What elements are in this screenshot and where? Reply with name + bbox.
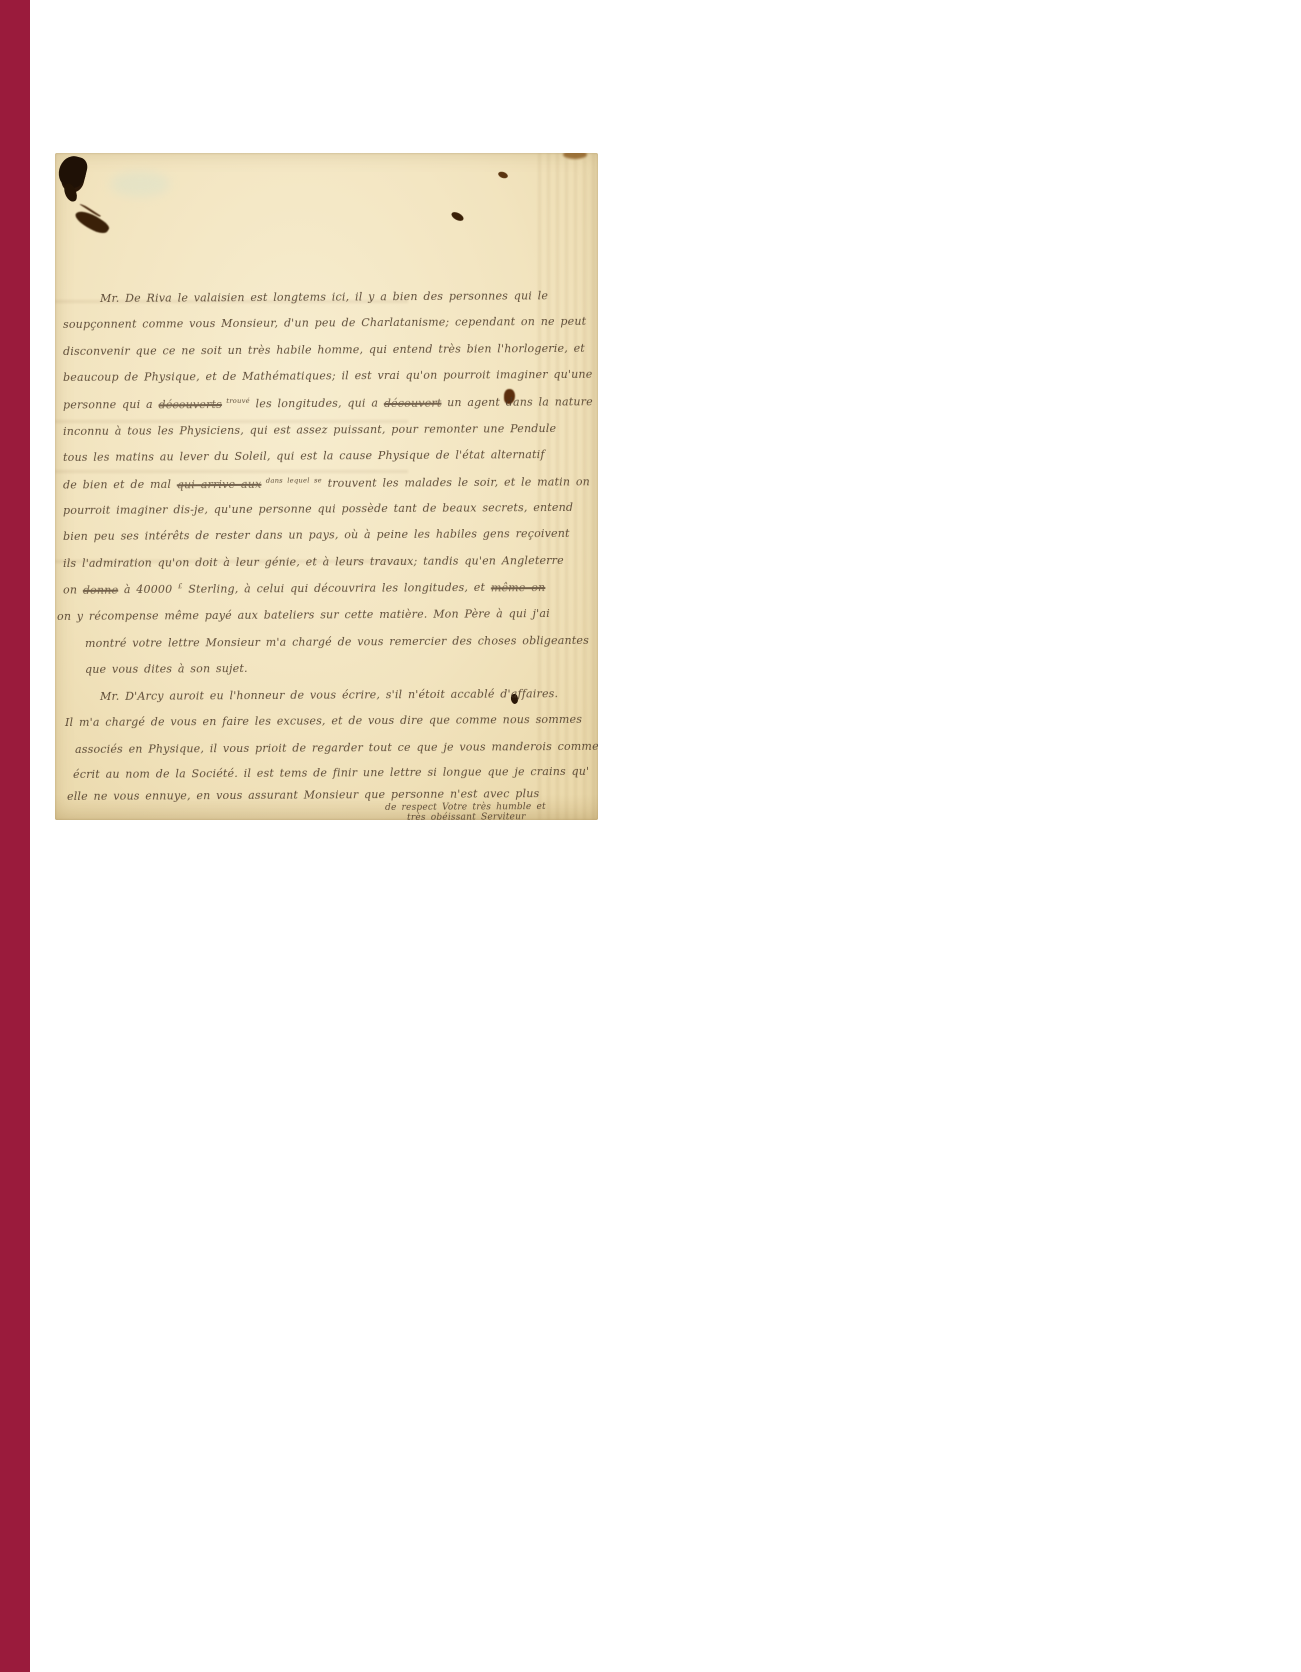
handwriting-segment: que vous dites à son sujet. [85, 662, 248, 676]
handwriting-line: disconvenir que ce ne soit un très habil… [63, 342, 585, 358]
handwriting-segment: écrit au nom de la Société. il est tems … [73, 765, 589, 781]
handwriting-segment: très obéissant Serviteur [407, 812, 526, 820]
handwriting-line: de bien et de mal qui arrive aux dans le… [63, 475, 590, 492]
handwriting-line: pourroit imaginer dis-je, qu'une personn… [63, 501, 573, 517]
page-background: Mr. De Riva le valaisien est longtems ic… [0, 0, 1301, 1672]
manuscript-scan: Mr. De Riva le valaisien est longtems ic… [55, 153, 598, 820]
handwriting-line: on y récompense même payé aux bateliers … [57, 607, 550, 623]
handwriting-line: personne qui a découverts trouvé les lon… [63, 395, 593, 412]
handwriting-line: montré votre lettre Monsieur m'a chargé … [85, 634, 589, 650]
left-accent-bar [0, 0, 30, 1672]
ink-blot-feather [73, 206, 111, 237]
handwriting-line: que vous dites à son sujet. [85, 662, 248, 676]
foxing-speck [497, 170, 508, 179]
handwriting-line: inconnu à tous les Physiciens, qui est a… [63, 422, 556, 438]
handwriting-line: Mr. D'Arcy auroit eu l'honneur de vous é… [100, 687, 558, 703]
handwriting-struck-segment: même on [491, 581, 546, 594]
handwriting-segment: Sterling, à celui qui découvrira les lon… [183, 581, 491, 596]
handwriting-sup-segment: trouvé [222, 397, 250, 405]
handwriting-segment: de bien et de mal [63, 478, 177, 492]
handwriting-segment: soupçonnent comme vous Monsieur, d'un pe… [63, 315, 586, 331]
handwriting-segment: personne qui a [63, 398, 159, 412]
handwriting-segment: trouvent les malades le soir, et le mati… [322, 475, 590, 490]
handwriting-segment: à 40000 [118, 583, 178, 596]
handwriting-segment: beaucoup de Physique, et de Mathématique… [63, 368, 593, 384]
handwriting-line: bien peu ses intérêts de rester dans un … [63, 527, 570, 543]
handwriting-line: Mr. De Riva le valaisien est longtems ic… [100, 289, 548, 305]
handwriting-line: soupçonnent comme vous Monsieur, d'un pe… [63, 315, 586, 331]
handwriting-sup-segment: dans lequel se [261, 476, 322, 484]
handwriting-segment: Il m'a chargé de vous en faire les excus… [65, 713, 582, 729]
paper-tint-stain [110, 171, 170, 197]
handwriting-segment: bien peu ses intérêts de rester dans un … [63, 527, 570, 543]
handwriting-segment: Mr. D'Arcy auroit eu l'honneur de vous é… [100, 687, 558, 703]
handwriting-segment: pourroit imaginer dis-je, qu'une personn… [63, 501, 573, 517]
handwriting-struck-segment: qui arrive aux [177, 477, 262, 491]
handwriting-line: associés en Physique, il vous prioit de … [75, 740, 598, 756]
handwriting-struck-segment: découverts [158, 398, 222, 411]
handwriting-line: on donne à 40000 £ Sterling, à celui qui… [63, 580, 545, 597]
handwriting-segment: tous les matins au lever du Soleil, qui … [63, 448, 545, 464]
handwriting-line: ils l'admiration qu'on doit à leur génie… [63, 554, 564, 570]
handwriting-segment: on y récompense même payé aux bateliers … [57, 607, 550, 623]
handwriting-segment: disconvenir que ce ne soit un très habil… [63, 342, 585, 358]
handwriting-segment: associés en Physique, il vous prioit de … [75, 740, 598, 756]
handwriting-segment: Mr. De Riva le valaisien est longtems ic… [100, 289, 548, 305]
handwriting-line: très obéissant Serviteur [407, 812, 526, 820]
handwriting-line: beaucoup de Physique, et de Mathématique… [63, 368, 593, 384]
handwriting-segment: les longitudes, qui a [250, 397, 384, 411]
handwriting-segment: ils l'admiration qu'on doit à leur génie… [63, 554, 564, 570]
foxing-speck [450, 210, 465, 222]
handwriting-segment: inconnu à tous les Physiciens, qui est a… [63, 422, 556, 438]
handwriting-line: tous les matins au lever du Soleil, qui … [63, 448, 545, 464]
handwriting-line: Il m'a chargé de vous en faire les excus… [65, 713, 582, 729]
handwriting-segment: montré votre lettre Monsieur m'a chargé … [85, 634, 589, 650]
handwriting-struck-segment: donne [83, 583, 118, 596]
handwriting-struck-segment: découvert [384, 396, 442, 409]
handwriting-line: écrit au nom de la Société. il est tems … [73, 765, 589, 781]
paper-crease [55, 470, 408, 473]
handwriting-segment: on [63, 584, 83, 597]
handwriting-segment: un agent dans la nature [441, 395, 592, 409]
